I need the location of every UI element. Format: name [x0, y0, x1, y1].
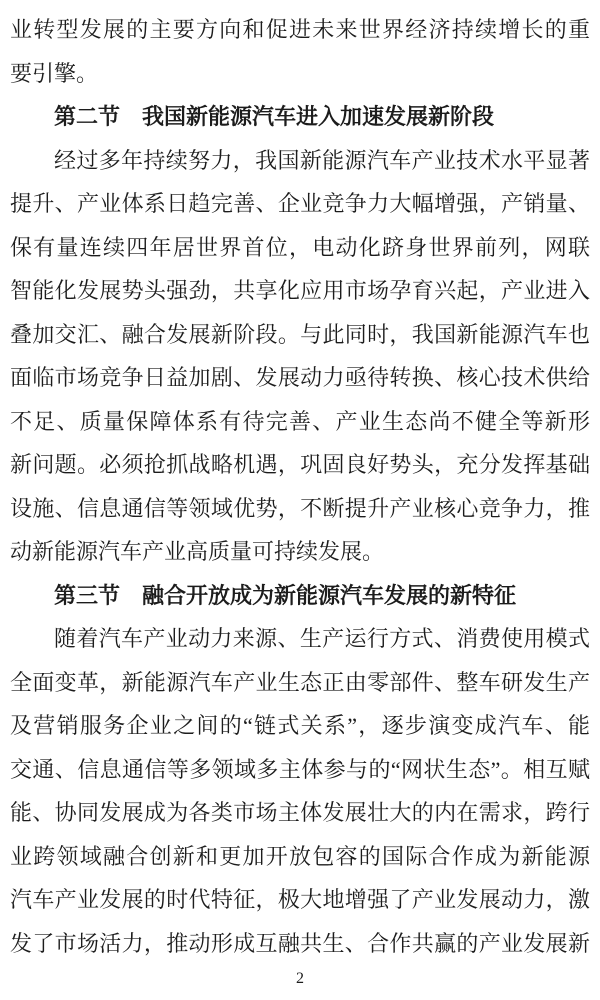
paragraph-line: 业转型发展的主要方向和促进未来世界经济持续增长的重 — [10, 8, 590, 52]
paragraph-line: 提升、产业体系日趋完善、企业竞争力大幅增强，产销量、 — [10, 182, 590, 226]
paragraph-line: 叠加交汇、融合发展新阶段。与此同时，我国新能源汽车也 — [10, 313, 590, 357]
document-page: 业转型发展的主要方向和促进未来世界经济持续增长的重 要引擎。 第二节 我国新能源… — [0, 0, 600, 1000]
paragraph-line: 汽车产业发展的时代特征，极大地增强了产业发展动力，激 — [10, 878, 590, 922]
paragraph-line: 经过多年持续努力，我国新能源汽车产业技术水平显著 — [10, 139, 590, 183]
paragraph-line: 新问题。必须抢抓战略机遇，巩固良好势头，充分发挥基础 — [10, 443, 590, 487]
paragraph-line: 要引擎。 — [10, 52, 590, 96]
paragraph-line: 面临市场竞争日益加剧、发展动力亟待转换、核心技术供给 — [10, 356, 590, 400]
paragraph-line: 能、协同发展成为各类市场主体发展壮大的内在需求，跨行 — [10, 791, 590, 835]
paragraph-line: 及营销服务企业之间的“链式关系”，逐步演变成汽车、能源、 — [10, 704, 590, 748]
section-heading-3: 第三节 融合开放成为新能源汽车发展的新特征 — [10, 574, 590, 618]
paragraph-line: 设施、信息通信等领域优势，不断提升产业核心竞争力，推 — [10, 487, 590, 531]
paragraph-line: 智能化发展势头强劲，共享化应用市场孕育兴起，产业进入 — [10, 269, 590, 313]
paragraph-line: 保有量连续四年居世界首位，电动化跻身世界前列，网联化、 — [10, 226, 590, 270]
paragraph-line: 动新能源汽车产业高质量可持续发展。 — [10, 530, 590, 574]
paragraph-line: 业跨领域融合创新和更加开放包容的国际合作成为新能源 — [10, 835, 590, 879]
section-heading-2: 第二节 我国新能源汽车进入加速发展新阶段 — [10, 95, 590, 139]
paragraph-line: 不足、质量保障体系有待完善、产业生态尚不健全等新形势、 — [10, 400, 590, 444]
paragraph-line: 交通、信息通信等多领域多主体参与的“网状生态”。相互赋 — [10, 748, 590, 792]
paragraph-line: 随着汽车产业动力来源、生产运行方式、消费使用模式 — [10, 617, 590, 661]
paragraph-line: 全面变革，新能源汽车产业生态正由零部件、整车研发生产 — [10, 661, 590, 705]
page-number: 2 — [0, 970, 600, 988]
paragraph-line: 发了市场活力，推动形成互融共生、合作共赢的产业发展新 — [10, 922, 590, 966]
